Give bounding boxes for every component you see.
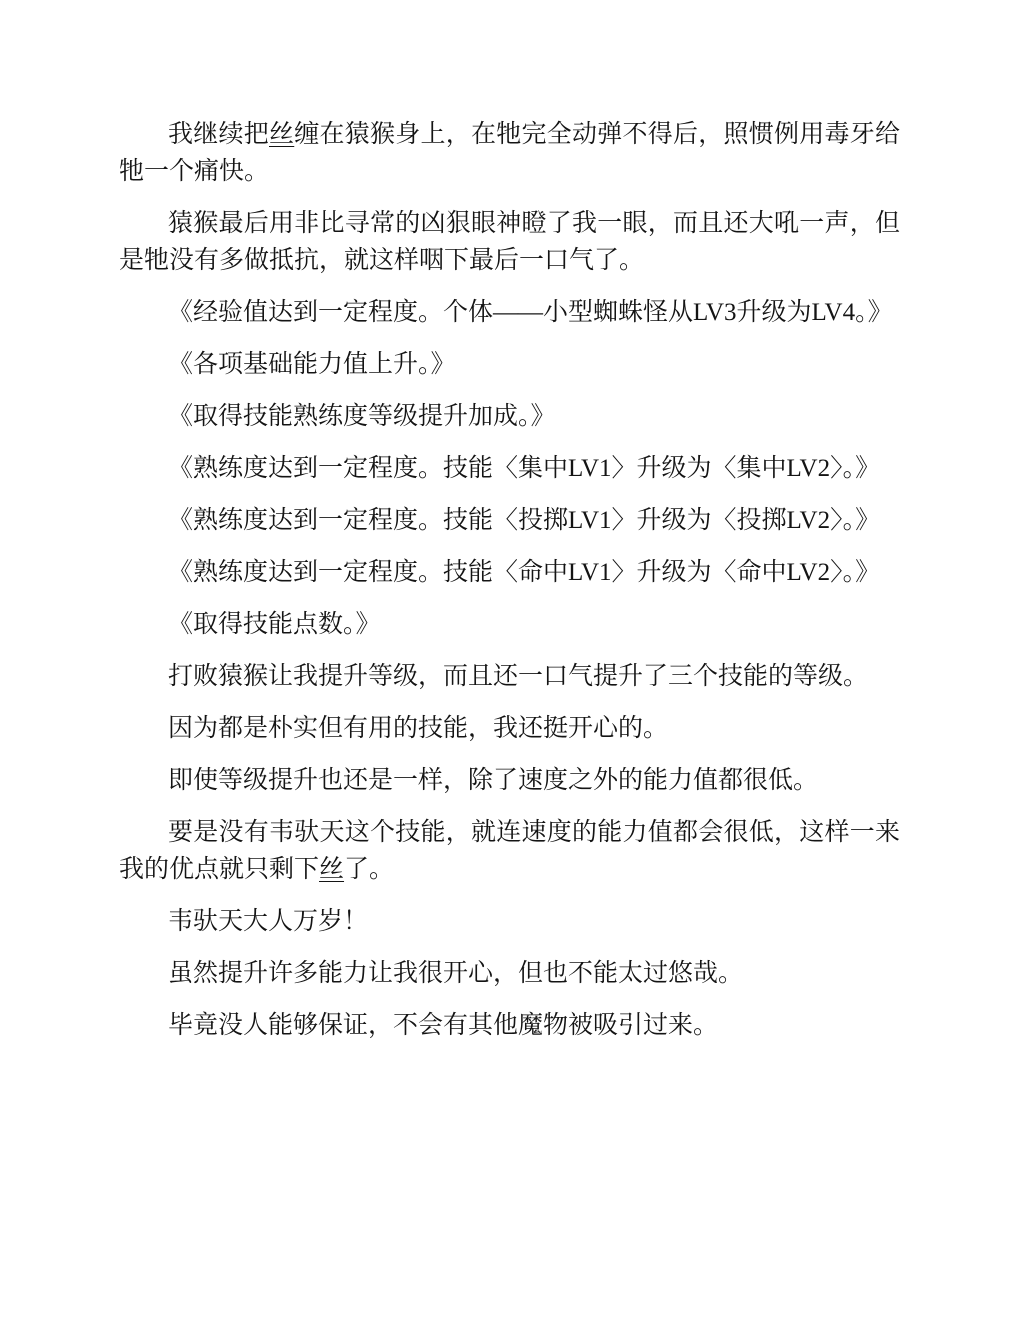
paragraph: 猿猴最后用非比寻常的凶狠眼神瞪了我一眼，而且还大吼一声，但是牠没有多做抵抗，就这… bbox=[119, 205, 900, 279]
text-run: 了。 bbox=[344, 856, 394, 883]
paragraph: 《熟练度达到一定程度。技能〈投掷LV1〉升级为〈投掷LV2〉。》 bbox=[119, 502, 900, 539]
text-content: 我继续把丝缠在猿猴身上，在牠完全动弹不得后，照惯例用毒牙给牠一个痛快。猿猴最后用… bbox=[119, 116, 900, 1059]
underlined-term: 丝 bbox=[269, 121, 294, 148]
text-run: 《取得技能点数。》 bbox=[168, 611, 381, 638]
paragraph: 要是没有韦驮天这个技能，就连速度的能力值都会很低，这样一来我的优点就只剩下丝了。 bbox=[119, 814, 900, 888]
paragraph: 《熟练度达到一定程度。技能〈集中LV1〉升级为〈集中LV2〉。》 bbox=[119, 450, 900, 487]
text-run: 我继续把 bbox=[168, 121, 269, 148]
text-run: 因为都是朴实但有用的技能，我还挺开心的。 bbox=[168, 715, 668, 742]
text-run: 《熟练度达到一定程度。技能〈投掷LV1〉升级为〈投掷LV2〉。》 bbox=[168, 507, 880, 534]
text-run: 《各项基础能力值上升。》 bbox=[168, 351, 456, 378]
document-page: 我继续把丝缠在猿猴身上，在牠完全动弹不得后，照惯例用毒牙给牠一个痛快。猿猴最后用… bbox=[0, 0, 1020, 1320]
paragraph: 《各项基础能力值上升。》 bbox=[119, 346, 900, 383]
paragraph: 《取得技能熟练度等级提升加成。》 bbox=[119, 398, 900, 435]
paragraph: 《取得技能点数。》 bbox=[119, 606, 900, 643]
text-run: 《取得技能熟练度等级提升加成。》 bbox=[168, 403, 556, 430]
text-run: 打败猿猴让我提升等级，而且还一口气提升了三个技能的等级。 bbox=[168, 663, 868, 690]
paragraph: 即使等级提升也还是一样，除了速度之外的能力值都很低。 bbox=[119, 762, 900, 799]
text-run: 《熟练度达到一定程度。技能〈命中LV1〉升级为〈命中LV2〉。》 bbox=[168, 559, 880, 586]
paragraph: 我继续把丝缠在猿猴身上，在牠完全动弹不得后，照惯例用毒牙给牠一个痛快。 bbox=[119, 116, 900, 190]
underlined-term: 丝 bbox=[319, 856, 344, 883]
paragraph: 韦驮天大人万岁！ bbox=[119, 903, 900, 940]
paragraph: 打败猿猴让我提升等级，而且还一口气提升了三个技能的等级。 bbox=[119, 658, 900, 695]
text-run: 毕竟没人能够保证，不会有其他魔物被吸引过来。 bbox=[168, 1012, 718, 1039]
text-run: 要是没有韦驮天这个技能，就连速度的能力值都会很低，这样一来我的优点就只剩下 bbox=[119, 819, 900, 883]
paragraph: 因为都是朴实但有用的技能，我还挺开心的。 bbox=[119, 710, 900, 747]
paragraph: 虽然提升许多能力让我很开心，但也不能太过悠哉。 bbox=[119, 955, 900, 992]
text-run: 韦驮天大人万岁！ bbox=[168, 908, 368, 935]
text-run: 《经验值达到一定程度。个体——小型蜘蛛怪从LV3升级为LV4。》 bbox=[168, 299, 893, 326]
text-run: 猿猴最后用非比寻常的凶狠眼神瞪了我一眼，而且还大吼一声，但是牠没有多做抵抗，就这… bbox=[119, 210, 900, 274]
paragraph: 《经验值达到一定程度。个体——小型蜘蛛怪从LV3升级为LV4。》 bbox=[119, 294, 900, 331]
paragraph: 《熟练度达到一定程度。技能〈命中LV1〉升级为〈命中LV2〉。》 bbox=[119, 554, 900, 591]
text-run: 虽然提升许多能力让我很开心，但也不能太过悠哉。 bbox=[168, 960, 743, 987]
paragraph: 毕竟没人能够保证，不会有其他魔物被吸引过来。 bbox=[119, 1007, 900, 1044]
text-run: 《熟练度达到一定程度。技能〈集中LV1〉升级为〈集中LV2〉。》 bbox=[168, 455, 880, 482]
text-run: 即使等级提升也还是一样，除了速度之外的能力值都很低。 bbox=[168, 767, 818, 794]
